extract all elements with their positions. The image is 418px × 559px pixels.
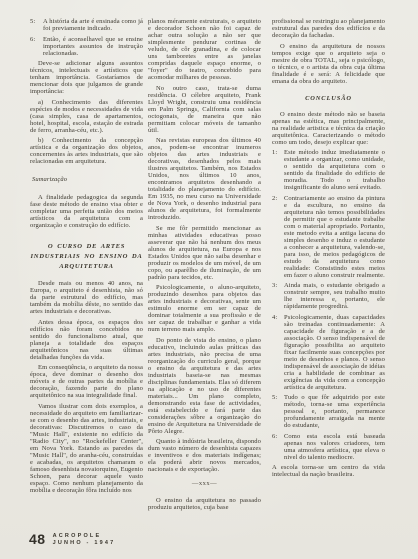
item-marker: 2:	[272, 195, 284, 279]
page-number: 48	[29, 531, 46, 547]
item-text: Então, é aconselhavel que se ensine impo…	[43, 36, 143, 57]
paragraph: Deve-se adicionar alguns assuntos técnic…	[30, 60, 143, 95]
column-left: 5:A história da arte é ensinada como já …	[30, 18, 143, 497]
paragraph: a) Conhecimento das diferentes espécies …	[30, 99, 143, 134]
paragraph: O ensino da arquitetura de nossos tempos…	[272, 43, 385, 85]
item-text: A história da arte é ensinada como já fo…	[43, 18, 143, 32]
subsection-heading: Sumarização	[32, 176, 143, 183]
paragraph: Desde mais ou menos 40 anos, na Europa, …	[30, 280, 143, 315]
paragraph: b) Conhecimento da concepção artística e…	[30, 137, 143, 165]
paragraph: Psicologicamente, o aluno-arquiteto, pro…	[148, 284, 261, 333]
magazine-title: ACROPOLE	[53, 533, 116, 539]
item-text: Contrariamente ao ensino da pintura e da…	[284, 195, 385, 279]
numbered-item: 3:Ainda mais, o estudante obrigado a con…	[272, 282, 385, 310]
item-text: Psicologicamente, duas capacidades são t…	[284, 314, 385, 391]
paragraph: A escola torna-se um centro da vida inte…	[272, 464, 385, 478]
paragraph: planos méramente estruturais, o arquitet…	[148, 18, 261, 81]
item-marker: 3:	[272, 282, 284, 310]
numbered-item: 5:Tudo o que fôr adquirido por este méto…	[272, 394, 385, 429]
column-middle: planos méramente estruturais, o arquitet…	[148, 18, 261, 515]
paragraph: Vamos ilustrar com dois exemplos, a nece…	[30, 403, 143, 494]
item-marker: 5:	[272, 394, 284, 429]
paragraph: A finalidade pedagogica da segunda fase …	[30, 194, 143, 229]
paragraph: Do ponto de vista do ensino, o plano edu…	[148, 337, 261, 435]
paragraph: Em conseqüência, o arquiteto da nossa ép…	[30, 364, 143, 399]
magazine-issue: JUNHO - 1947	[53, 540, 116, 546]
item-text: Ainda mais, o estudante obrigado a const…	[284, 282, 385, 310]
paragraph: O ensino deste método não se baseia apen…	[272, 111, 385, 146]
section-heading: O CURSO DE ARTES INDUSTRIAIS NO ENSINO D…	[30, 242, 143, 272]
list-item: 5:A história da arte é ensinada como já …	[30, 18, 143, 32]
page-footer: 48 ACROPOLE JUNHO - 1947	[29, 531, 115, 547]
paragraph: Antes dessa época, os espaços dos edifíc…	[30, 319, 143, 361]
numbered-item: 1:Este método induz imediatamente o estu…	[272, 149, 385, 191]
item-marker: 1:	[272, 149, 284, 191]
item-text: Tudo o que fôr adquirido por este método…	[284, 394, 385, 429]
conclusion-heading: CONCLUSÃO	[272, 95, 385, 102]
paragraph: Nas revistas europeas dos últimos 40 ano…	[148, 137, 261, 221]
item-marker: 6:	[30, 36, 43, 57]
magazine-page: { "document": { "colors": { "paper": "#e…	[0, 0, 418, 559]
paragraph: Se me fôr permitido mencionar as minhas …	[148, 225, 261, 281]
item-marker: 6:	[272, 433, 284, 461]
item-text: Como esta escola está baseada apenas nos…	[284, 433, 385, 461]
item-text: Este método induz imediatamente o estuda…	[284, 149, 385, 191]
item-marker: 4:	[272, 314, 284, 391]
list-item: 6:Então, é aconselhavel que se ensine im…	[30, 36, 143, 57]
paragraph: profissional se restringiu ao planejamen…	[272, 18, 385, 39]
paragraph: Quanto à indústria brasileira, dispondo …	[148, 438, 261, 473]
paragraph: No outro caso, trata-se duma residência.…	[148, 85, 261, 134]
numbered-item: 2:Contrariamente ao ensino da pintura e …	[272, 195, 385, 279]
paragraph: O ensino da arquitetura no passado produ…	[148, 497, 261, 511]
section-divider: —xxx—	[148, 480, 261, 487]
numbered-item: 4:Psicologicamente, duas capacidades são…	[272, 314, 385, 391]
column-right: profissional se restringiu ao planejamen…	[272, 18, 385, 482]
numbered-item: 6:Como esta escola está baseada apenas n…	[272, 433, 385, 461]
item-marker: 5:	[30, 18, 43, 32]
magazine-imprint: ACROPOLE JUNHO - 1947	[53, 533, 116, 546]
